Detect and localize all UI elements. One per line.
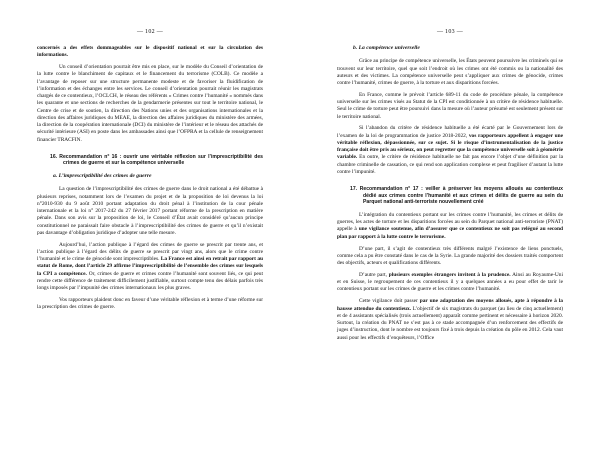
- paragraph-conseil-orientation: Un conseil d’orientation pourrait être m…: [37, 64, 263, 144]
- paragraph-question: La question de l’imprescriptibilité des …: [37, 186, 263, 237]
- page-body: concernés a des effets dommageables sur …: [37, 45, 263, 316]
- recommendation-17-heading: 17. Recommandation n° 17 : veiller à pré…: [350, 186, 563, 206]
- recommendation-16-heading: 16. Recommandation n° 16 : ouvrir une vé…: [50, 154, 263, 167]
- paragraph-continuation: concernés a des effets dommageables sur …: [37, 45, 263, 60]
- paragraph-aujourdhui: Aujourd’hui, l’action publique à l’égard…: [37, 242, 263, 293]
- paragraph-dune-part: D’une part, il s’agit de contentieux trè…: [337, 246, 563, 268]
- subheading-competence-universelle: b. La compétence universelle: [353, 45, 563, 52]
- page-body: b. La compétence universelle Grâce au pr…: [337, 45, 563, 346]
- page-number: — 103 —: [300, 29, 600, 35]
- page-number: — 102 —: [0, 29, 300, 35]
- bold-text: plusieurs exemples étrangers invitent à …: [389, 272, 511, 278]
- paragraph-rapporteurs: Vos rapporteurs plaident donc en faveur …: [37, 297, 263, 312]
- paragraph-grace: Grâce au principe de compétence universe…: [337, 58, 563, 87]
- left-page: — 102 — concernés a des effets dommageab…: [0, 0, 300, 449]
- subheading-imprescriptibilite: a. L’imprescriptibilité des crimes de gu…: [53, 173, 263, 180]
- text: D’autre part,: [359, 272, 389, 278]
- paragraph-integration: L’intégration du contentieux portant sur…: [337, 212, 563, 241]
- text: Cette vigilance doit passer: [359, 298, 420, 304]
- paragraph-en-france: En France, comme le prévoit l’article 68…: [337, 92, 563, 121]
- paragraph-dautre-part: D’autre part, plusieurs exemples étrange…: [337, 272, 563, 294]
- text: En outre, le critère de résidence habitu…: [337, 154, 563, 175]
- paragraph-abandon: Si l’abandon du critère de résidence hab…: [337, 125, 563, 176]
- bold-text: une vigilance soutenue, afin d’assurer q…: [337, 226, 563, 239]
- right-page: — 103 — b. La compétence universelle Grâ…: [300, 0, 600, 449]
- paragraph-vigilance: Cette vigilance doit passer par une adap…: [337, 298, 563, 342]
